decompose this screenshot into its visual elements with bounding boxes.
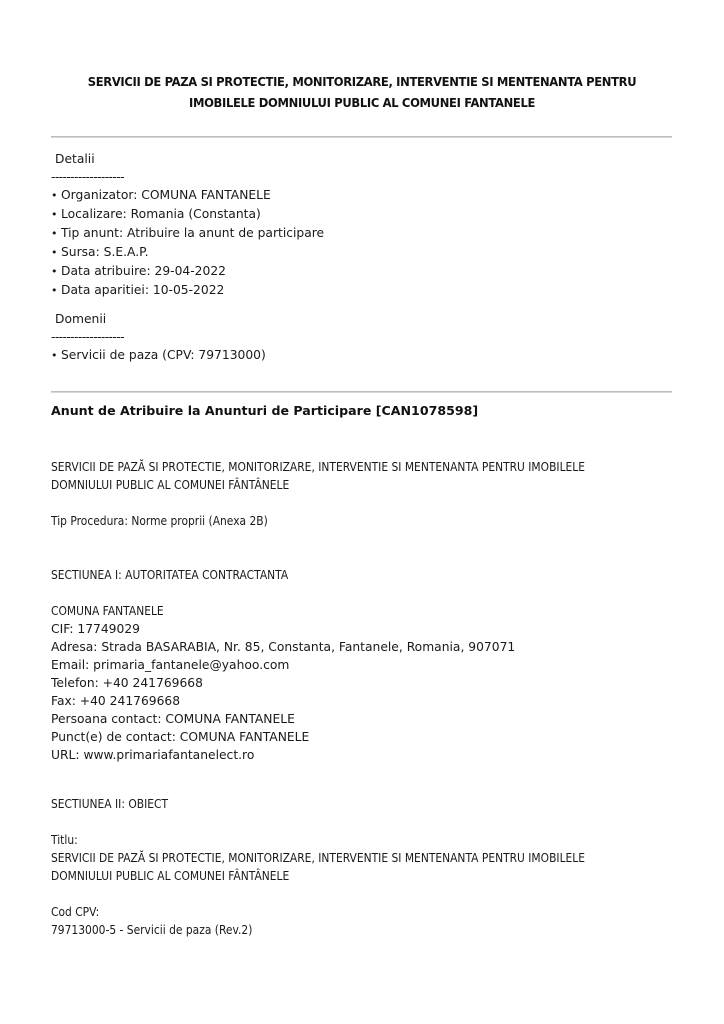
domains-list: Servicii de paza (CPV: 79713000)	[51, 346, 266, 365]
procedure-type: Tip Procedura: Norme proprii (Anexa 2B)	[51, 512, 608, 530]
authority-email: Email: primaria_fantanele@yahoo.com	[51, 656, 691, 674]
authority-contact-points: Punct(e) de contact: COMUNA FANTANELE	[51, 728, 691, 746]
domains-separator: -------------------	[51, 328, 266, 346]
announcement-title-line-1: SERVICII DE PAZĂ SI PROTECTIE, MONITORIZ…	[51, 458, 608, 476]
section-1-content: COMUNA FANTANELE CIF: 17749029 Adresa: S…	[51, 602, 691, 764]
divider-top	[51, 136, 672, 138]
page-title: SERVICII DE PAZA SI PROTECTIE, MONITORIZ…	[63, 71, 662, 113]
domains-heading: Domenii	[51, 310, 266, 328]
announcement-title-line-2: DOMNIULUI PUBLIC AL COMUNEI FÂNTÂNELE	[51, 476, 608, 494]
domain-item: Servicii de paza (CPV: 79713000)	[51, 346, 266, 365]
detail-notice-type: Tip anunt: Atribuire la anunt de partici…	[51, 224, 324, 243]
details-section: Detalii ------------------- Organizator:…	[51, 150, 324, 300]
detail-organizer: Organizator: COMUNA FANTANELE	[51, 186, 324, 205]
section-1-heading: SECTIUNEA I: AUTORITATEA CONTRACTANTA	[51, 566, 608, 584]
authority-phone: Telefon: +40 241769668	[51, 674, 691, 692]
authority-contact-person: Persoana contact: COMUNA FANTANELE	[51, 710, 691, 728]
section-2-title-line-1: SERVICII DE PAZĂ SI PROTECTIE, MONITORIZ…	[51, 849, 608, 867]
details-heading: Detalii	[51, 150, 324, 168]
section-2-title-line-2: DOMNIULUI PUBLIC AL COMUNEI FÂNTÂNELE	[51, 867, 608, 885]
detail-location: Localizare: Romania (Constanta)	[51, 205, 324, 224]
authority-name: COMUNA FANTANELE	[51, 602, 608, 620]
cpv-value: 79713000-5 - Servicii de paza (Rev.2)	[51, 921, 608, 939]
detail-award-date: Data atribuire: 29-04-2022	[51, 262, 324, 281]
detail-publish-date: Data aparitiei: 10-05-2022	[51, 281, 324, 300]
authority-address: Adresa: Strada BASARABIA, Nr. 85, Consta…	[51, 638, 691, 656]
authority-url: URL: www.primariafantanelect.ro	[51, 746, 691, 764]
announcement-title: SERVICII DE PAZĂ SI PROTECTIE, MONITORIZ…	[51, 458, 608, 494]
section-2-cpv-block: Cod CPV: 79713000-5 - Servicii de paza (…	[51, 903, 608, 939]
section-2-title-label: Titlu:	[51, 831, 608, 849]
page-title-line-1: SERVICII DE PAZA SI PROTECTIE, MONITORIZ…	[63, 71, 662, 92]
authority-fax: Fax: +40 241769668	[51, 692, 691, 710]
detail-source: Sursa: S.E.A.P.	[51, 243, 324, 262]
domains-section: Domenii ------------------- Servicii de …	[51, 310, 266, 365]
page-title-line-2: IMOBILELE DOMNIULUI PUBLIC AL COMUNEI FA…	[63, 92, 662, 113]
section-2-heading: SECTIUNEA II: OBIECT	[51, 795, 608, 813]
details-list: Organizator: COMUNA FANTANELE Localizare…	[51, 186, 324, 300]
cpv-label: Cod CPV:	[51, 903, 608, 921]
divider-middle	[51, 391, 672, 393]
announcement-heading: Anunt de Atribuire la Anunturi de Partic…	[51, 402, 478, 420]
authority-cif: CIF: 17749029	[51, 620, 691, 638]
details-separator: -------------------	[51, 168, 324, 186]
section-2-title-block: Titlu: SERVICII DE PAZĂ SI PROTECTIE, MO…	[51, 831, 608, 885]
